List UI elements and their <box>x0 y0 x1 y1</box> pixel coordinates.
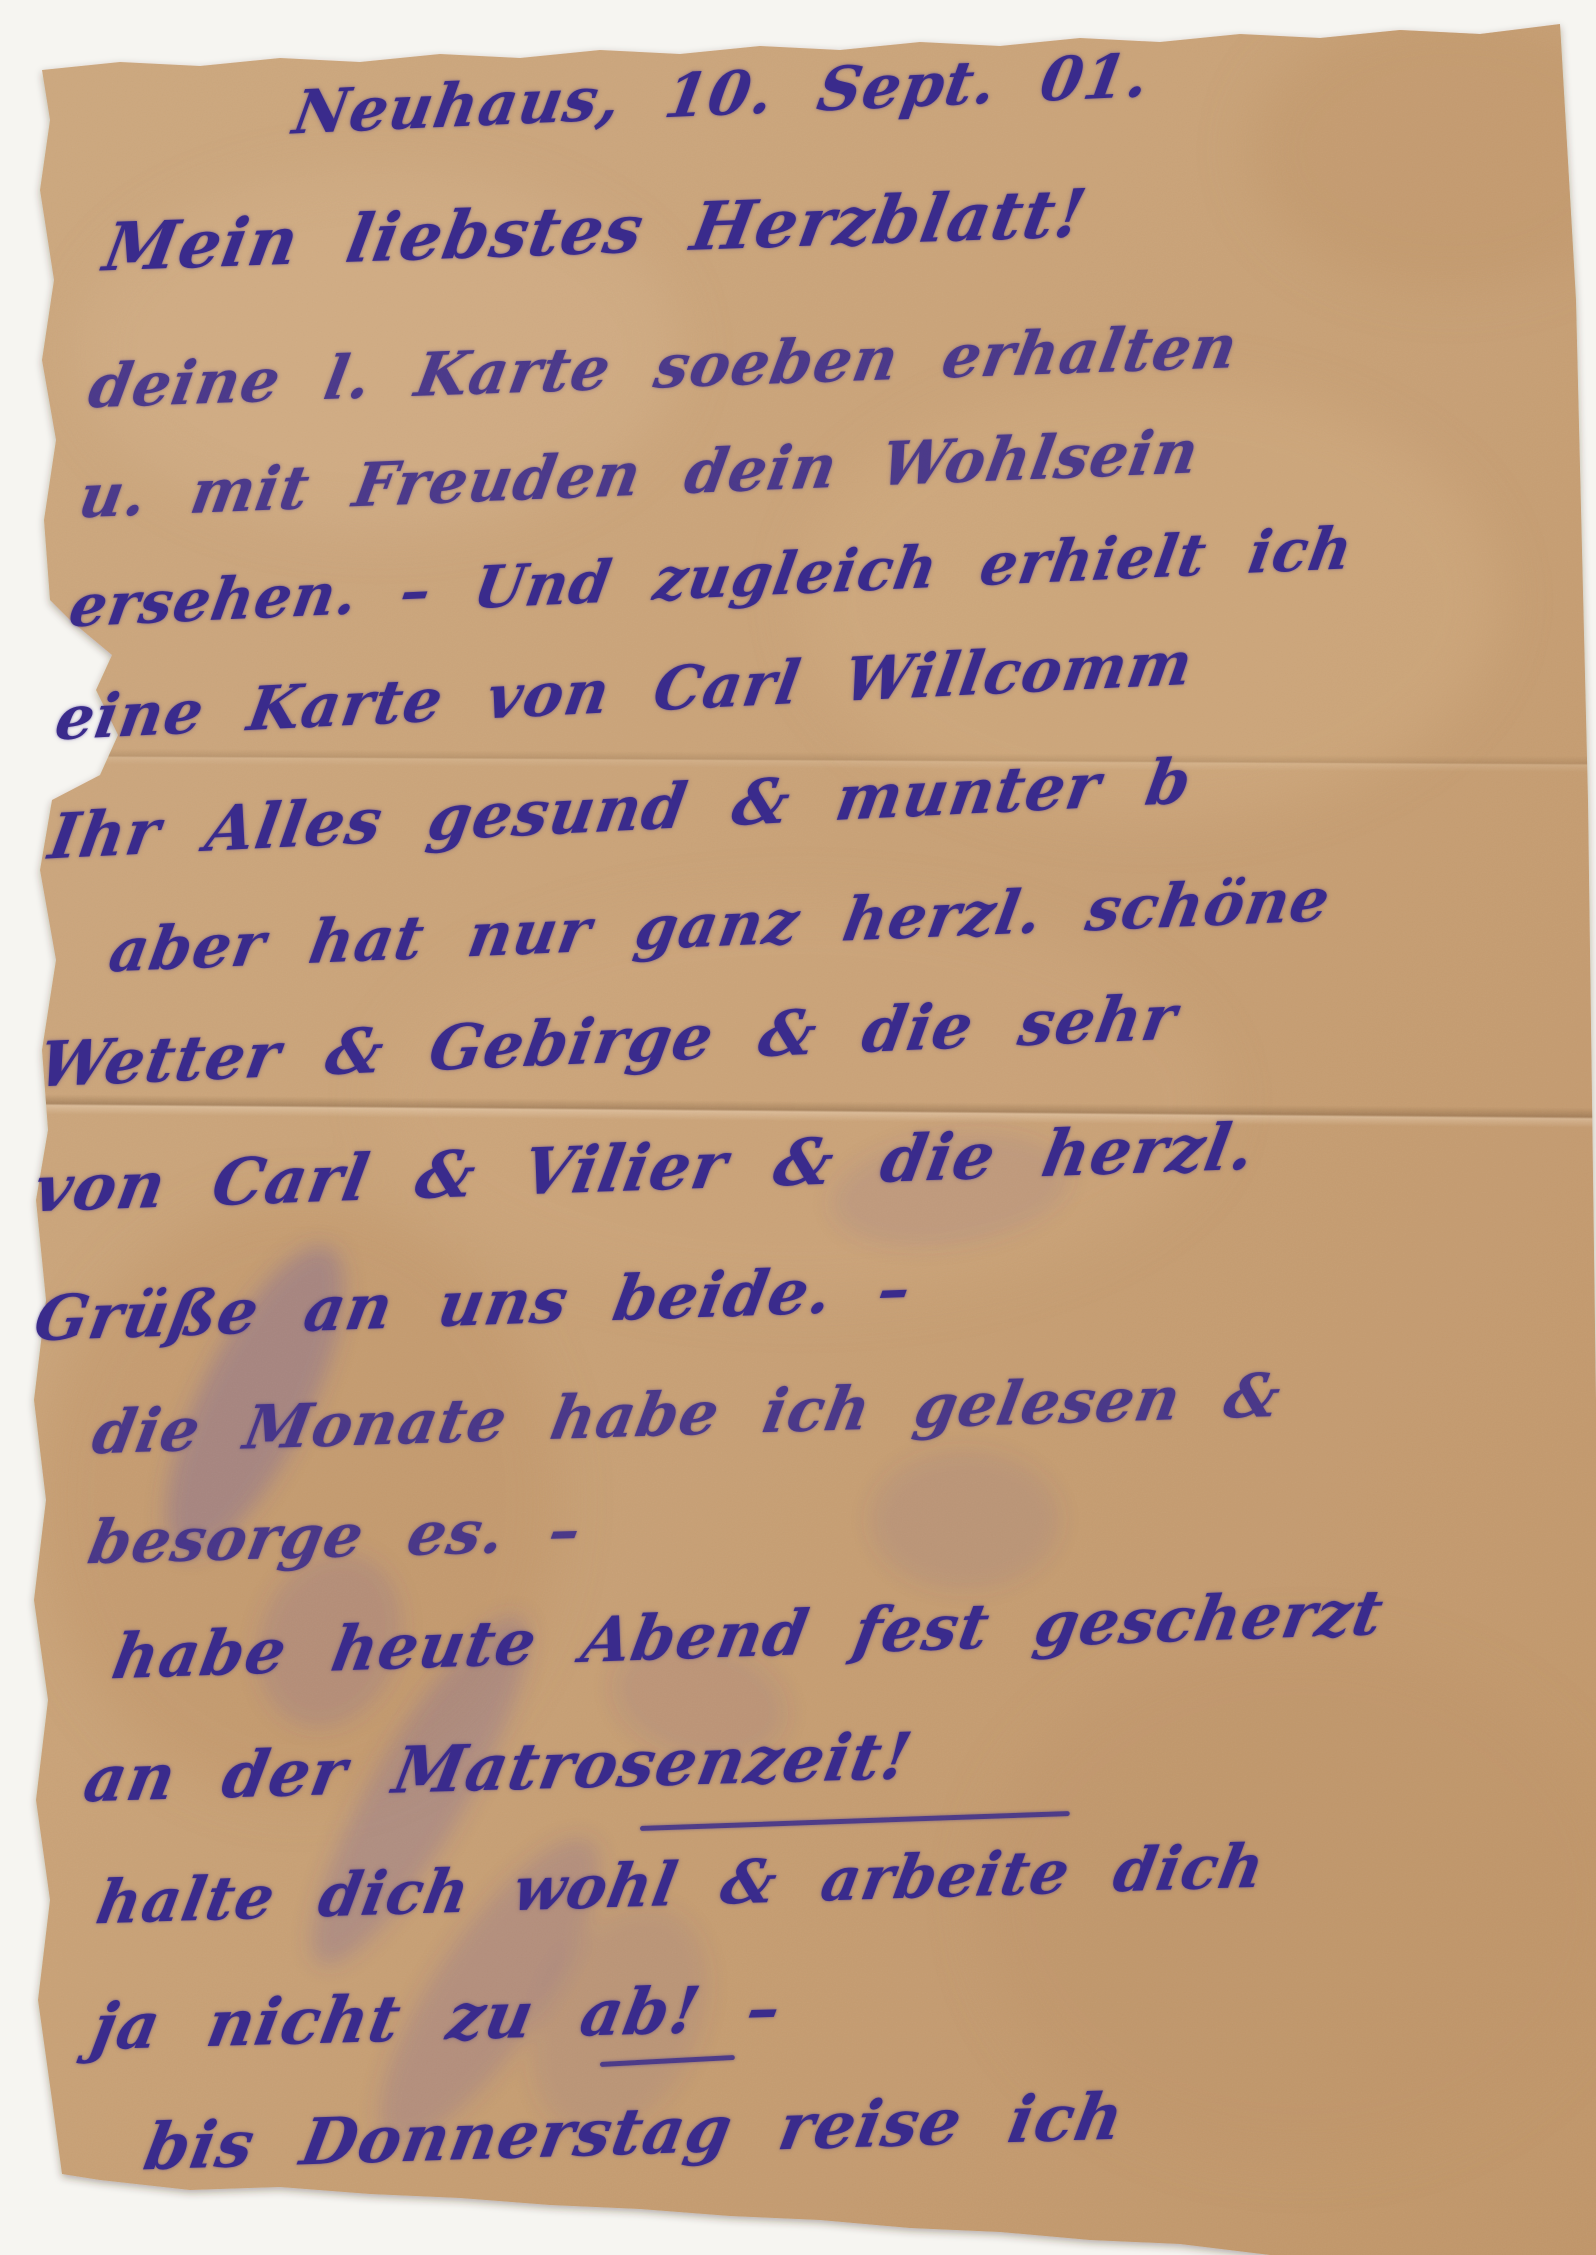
paper-texture <box>0 0 1596 2255</box>
letter-sheet <box>0 0 1596 2255</box>
scan-background: Neuhaus, 10. Sept. 01. Mein liebstes Her… <box>0 0 1596 2255</box>
